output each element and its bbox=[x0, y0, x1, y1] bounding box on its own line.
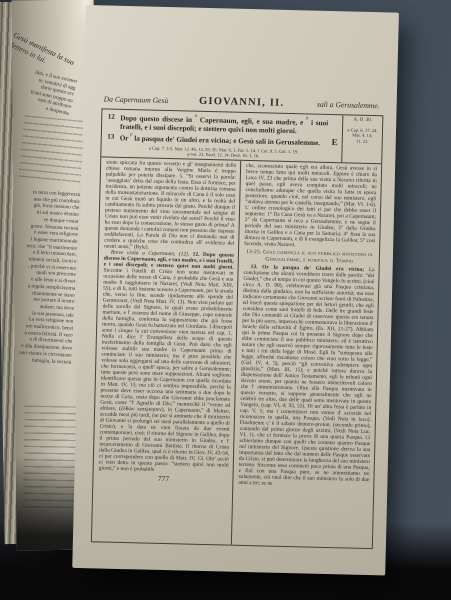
commentary-right-column: che, sconosciuto quale egli era allora, … bbox=[232, 161, 381, 548]
margin-note-line: 11. 23. bbox=[343, 138, 382, 144]
verse-list: 12Dopo questo discese in a Capernaum, eg… bbox=[102, 111, 383, 148]
footnote-ref-mark: p bbox=[130, 131, 132, 136]
running-head-right: salì a Gerusalemme. bbox=[291, 99, 380, 110]
commentary-paragraph: sione spiccata fra questo versetto e gl'… bbox=[104, 160, 236, 253]
running-head-left: Da Capernaum Gesù bbox=[104, 94, 193, 105]
scripture-section: 12Dopo questo discese in a Capernaum, eg… bbox=[101, 109, 382, 163]
verse-number: 13 bbox=[102, 131, 120, 142]
margin-references: A. D. 30.a Cap. 6. 17, 24.Mat. 4. 13;11.… bbox=[341, 115, 382, 163]
commentary-left-column: sione spiccata fra questo versetto e gl'… bbox=[92, 158, 241, 545]
text-block-frame: 12Dopo questo discese in a Capernaum, eg… bbox=[91, 108, 384, 549]
section-heading: 13-25. Gesù comincia il suo pubblico min… bbox=[245, 249, 374, 265]
main-right-page: Da Capernaum Gesù GIOVANNI, II. salì a G… bbox=[72, 5, 399, 575]
commentary-paragraph: Breve visita a Capernaum, (12). 12. Dopo… bbox=[99, 250, 234, 475]
paragraph-bold-lead: 13. Or la pasqua de' Giudei era vicina; bbox=[251, 264, 369, 273]
left-page-text-fragment: famiglia, la società bbox=[32, 357, 72, 366]
commentary-columns: sione spiccata fra questo versetto e gl'… bbox=[92, 158, 381, 548]
commentary-left-text: sione spiccata fra questo versetto e gl'… bbox=[99, 160, 237, 475]
page-title: GIOVANNI, II. bbox=[193, 96, 291, 109]
commentary-paragraph: 13. Or la pasqua de' Giudei era vicina; … bbox=[238, 264, 374, 489]
verse-number: 12 bbox=[102, 111, 120, 131]
book-photo: Gesù manifesta la sua dettero in lui. 31… bbox=[0, 0, 451, 600]
page-number: 777 bbox=[98, 475, 228, 484]
commentary-paragraph: che, sconosciuto quale egli era allora, … bbox=[244, 163, 377, 250]
margin-note-line: A. D. 30. bbox=[343, 117, 382, 123]
footnote-ref-mark: a bbox=[195, 113, 197, 118]
left-page-text-fragments-top: ilità, e il suo erroneore, tentativi di … bbox=[12, 64, 87, 119]
footnote-ref-mark: b bbox=[306, 115, 308, 120]
left-page-blurred-text bbox=[18, 115, 86, 187]
section-letter: E bbox=[332, 137, 338, 147]
